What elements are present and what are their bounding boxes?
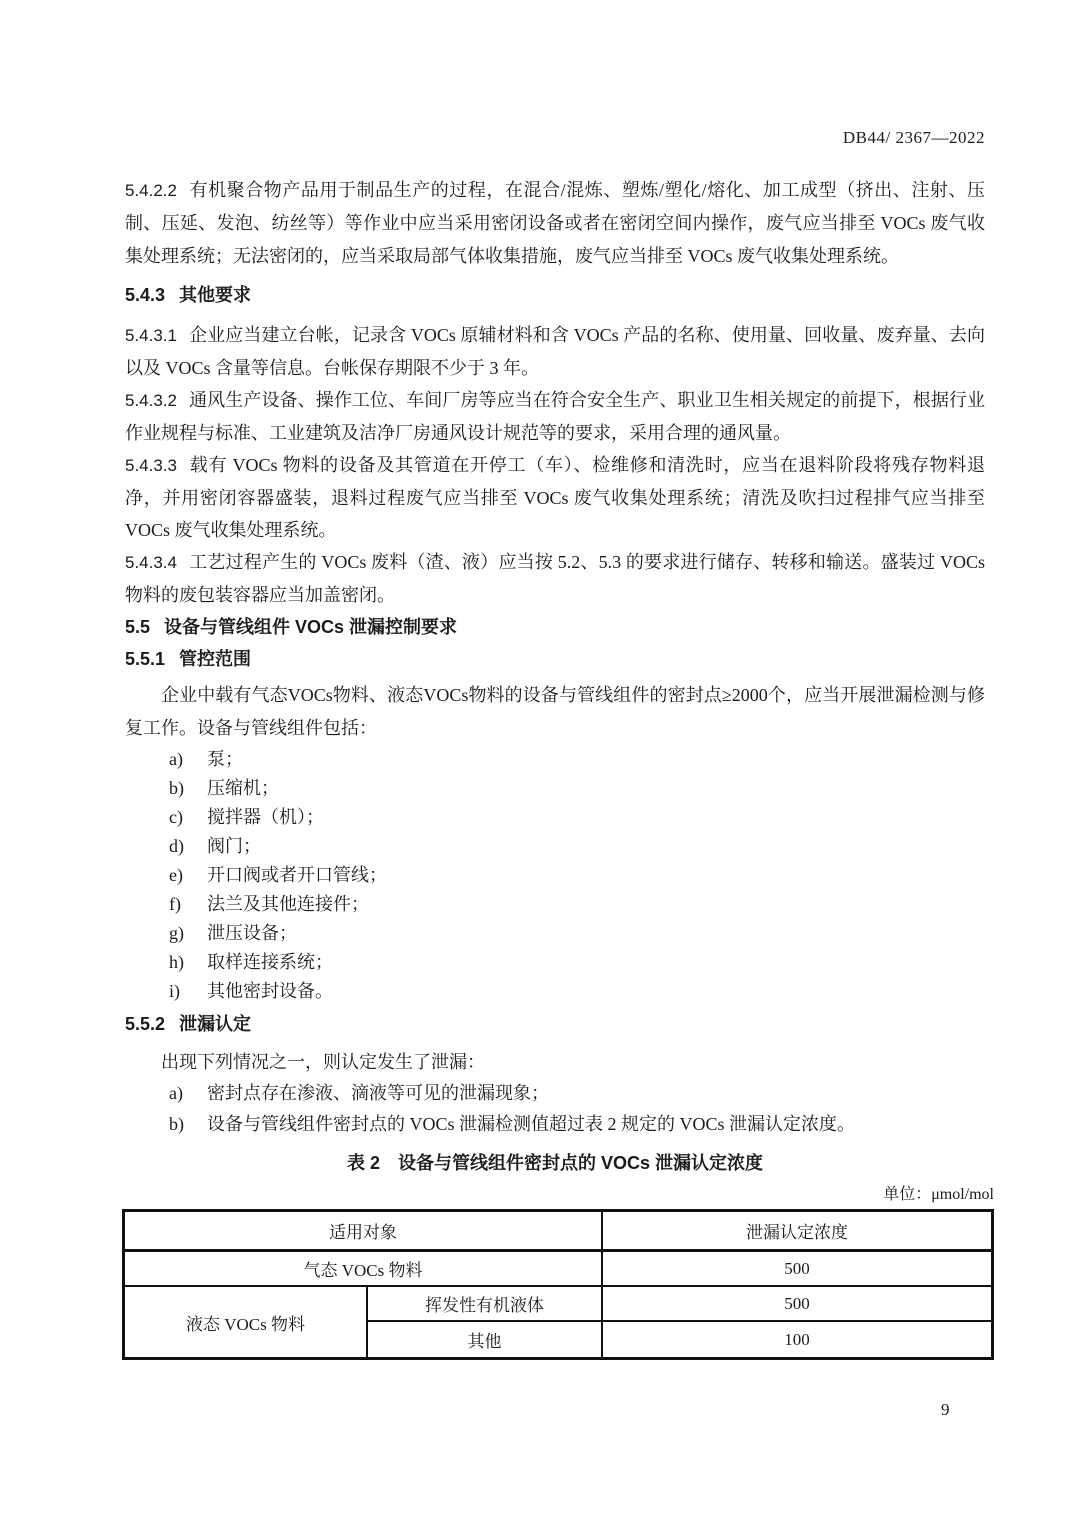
list-item: a)泵；: [169, 745, 985, 774]
page-content: DB44/ 2367—2022 5.4.2.2有机聚合物产品用于制品生产的过程，…: [125, 0, 985, 1360]
list-item-text: 阀门；: [207, 832, 261, 861]
clause-5-4-3-3: 5.4.3.3载有 VOCs 物料的设备及其管道在开停工（车）、检维修和清洗时，…: [125, 449, 985, 546]
clause-text: 有机聚合物产品用于制品生产的过程，在混合/混炼、塑炼/塑化/熔化、加工成型（挤出…: [125, 180, 985, 266]
leak-criteria-list: a)密封点存在渗液、滴液等可见的泄漏现象； b)设备与管线组件密封点的 VOCs…: [125, 1078, 985, 1140]
clause-number: 5.4.3.2: [125, 391, 177, 410]
list-item-label: a): [169, 1078, 207, 1109]
heading-number: 5.5.1: [125, 649, 165, 669]
clause-5-4-3-4: 5.4.3.4工艺过程产生的 VOCs 废料（渣、液）应当按 5.2、5.3 的…: [125, 546, 985, 611]
list-item-label: a): [169, 745, 207, 774]
table-cell-gas-value: 500: [603, 1252, 991, 1287]
list-item: d)阀门；: [169, 832, 985, 861]
table-cell-volatile-organic-liquid-value: 500: [603, 1287, 991, 1322]
list-item-label: d): [169, 832, 207, 861]
heading-title: 泄漏认定: [179, 1014, 251, 1034]
list-item-label: e): [169, 861, 207, 890]
clause-text: 载有 VOCs 物料的设备及其管道在开停工（车）、检维修和清洗时，应当在退料阶段…: [125, 455, 985, 540]
list-item: i)其他密封设备。: [169, 977, 985, 1006]
paragraph-5-5-1: 企业中载有气态VOCs物料、液态VOCs物料的设备与管线组件的密封点≥2000个…: [125, 679, 985, 745]
heading-number: 5.4.3: [125, 285, 165, 305]
doc-number: DB44/ 2367—2022: [125, 0, 985, 148]
heading-5-5: 5.5设备与管线组件 VOCs 泄漏控制要求: [125, 615, 985, 639]
list-item: a)密封点存在渗液、滴液等可见的泄漏现象；: [169, 1078, 985, 1109]
clause-5-4-3-2: 5.4.3.2通风生产设备、操作工位、车间厂房等应当在符合安全生产、职业卫生相关…: [125, 384, 985, 449]
clause-number: 5.4.3.1: [125, 326, 177, 345]
table-cell-gas-object: 气态 VOCs 物料: [125, 1252, 603, 1287]
list-item: e)开口阀或者开口管线；: [169, 861, 985, 890]
clause-paragraph: 5.4.2.2有机聚合物产品用于制品生产的过程，在混合/混炼、塑炼/塑化/熔化、…: [125, 174, 985, 273]
clause-5-4-3-1: 5.4.3.1企业应当建立台帐，记录含 VOCs 原辅材料和含 VOCs 产品的…: [125, 319, 985, 384]
heading-number: 5.5.2: [125, 1014, 165, 1034]
list-item: g)泄压设备；: [169, 919, 985, 948]
paragraph-5-5-2-intro: 出现下列情况之一，则认定发生了泄漏：: [125, 1046, 985, 1078]
list-item-text: 开口阀或者开口管线；: [207, 861, 387, 890]
document-page: DB44/ 2367—2022 5.4.2.2有机聚合物产品用于制品生产的过程，…: [0, 0, 1080, 1527]
clause-text: 通风生产设备、操作工位、车间厂房等应当在符合安全生产、职业卫生相关规定的前提下，…: [125, 390, 985, 443]
heading-title: 管控范围: [179, 649, 251, 669]
list-item-text: 其他密封设备。: [207, 977, 333, 1006]
list-item-text: 设备与管线组件密封点的 VOCs 泄漏检测值超过表 2 规定的 VOCs 泄漏认…: [207, 1109, 855, 1140]
table-2: 适用对象 泄漏认定浓度 气态 VOCs 物料 500 液态 VOCs 物料 挥发…: [122, 1209, 994, 1360]
list-item-text: 搅拌器（机）；: [207, 803, 324, 832]
list-item-label: c): [169, 803, 207, 832]
list-item-label: h): [169, 948, 207, 977]
table-cell-liquid-group: 液态 VOCs 物料: [125, 1287, 368, 1357]
heading-title: 其他要求: [179, 285, 251, 305]
clauses-5-4-3-x: 5.4.3.1企业应当建立台帐，记录含 VOCs 原辅材料和含 VOCs 产品的…: [125, 319, 985, 611]
list-item-label: b): [169, 774, 207, 803]
clause-number: 5.4.2.2: [125, 181, 177, 200]
heading-5-5-1: 5.5.1管控范围: [125, 647, 985, 671]
list-item-label: b): [169, 1109, 207, 1140]
clause-number: 5.4.3.3: [125, 456, 177, 475]
table-unit-label: 单位：μmol/mol: [122, 1184, 994, 1206]
list-item: b)压缩机；: [169, 774, 985, 803]
table-cell-other: 其他: [368, 1322, 603, 1357]
table-cell-other-value: 100: [603, 1322, 991, 1357]
table-2-title: 表 2 设备与管线组件密封点的 VOCs 泄漏认定浓度: [125, 1150, 985, 1176]
list-item-text: 泵；: [207, 745, 243, 774]
heading-5-5-2: 5.5.2泄漏认定: [125, 1012, 985, 1036]
heading-number: 5.5: [125, 617, 150, 637]
list-item-label: f): [169, 890, 207, 919]
heading-title: 设备与管线组件 VOCs 泄漏控制要求: [164, 617, 457, 637]
clause-5-4-2-2: 5.4.2.2有机聚合物产品用于制品生产的过程，在混合/混炼、塑炼/塑化/熔化、…: [125, 174, 985, 273]
clause-text: 企业应当建立台帐，记录含 VOCs 原辅材料和含 VOCs 产品的名称、使用量、…: [125, 325, 985, 378]
list-item-text: 密封点存在渗液、滴液等可见的泄漏现象；: [207, 1078, 549, 1109]
page-number: 9: [941, 1400, 950, 1420]
clause-number: 5.4.3.4: [125, 553, 177, 572]
table-header-object: 适用对象: [125, 1212, 603, 1252]
list-item-text: 压缩机；: [207, 774, 279, 803]
list-item-text: 取样连接系统；: [207, 948, 333, 977]
clause-text: 工艺过程产生的 VOCs 废料（渣、液）应当按 5.2、5.3 的要求进行储存、…: [125, 552, 985, 605]
list-item: b)设备与管线组件密封点的 VOCs 泄漏检测值超过表 2 规定的 VOCs 泄…: [169, 1109, 985, 1140]
heading-5-4-3: 5.4.3其他要求: [125, 283, 985, 307]
list-item-label: i): [169, 977, 207, 1006]
table-2-wrapper: 单位：μmol/mol 适用对象 泄漏认定浓度 气态 VOCs 物料 500 液…: [122, 1184, 994, 1360]
list-item: f)法兰及其他连接件；: [169, 890, 985, 919]
list-item-text: 法兰及其他连接件；: [207, 890, 369, 919]
list-item-text: 泄压设备；: [207, 919, 297, 948]
list-item: h)取样连接系统；: [169, 948, 985, 977]
table-cell-volatile-organic-liquid: 挥发性有机液体: [368, 1287, 603, 1322]
table-header-concentration: 泄漏认定浓度: [603, 1212, 991, 1252]
component-list: a)泵； b)压缩机； c)搅拌器（机）； d)阀门； e)开口阀或者开口管线；…: [125, 745, 985, 1006]
list-item-label: g): [169, 919, 207, 948]
list-item: c)搅拌器（机）；: [169, 803, 985, 832]
